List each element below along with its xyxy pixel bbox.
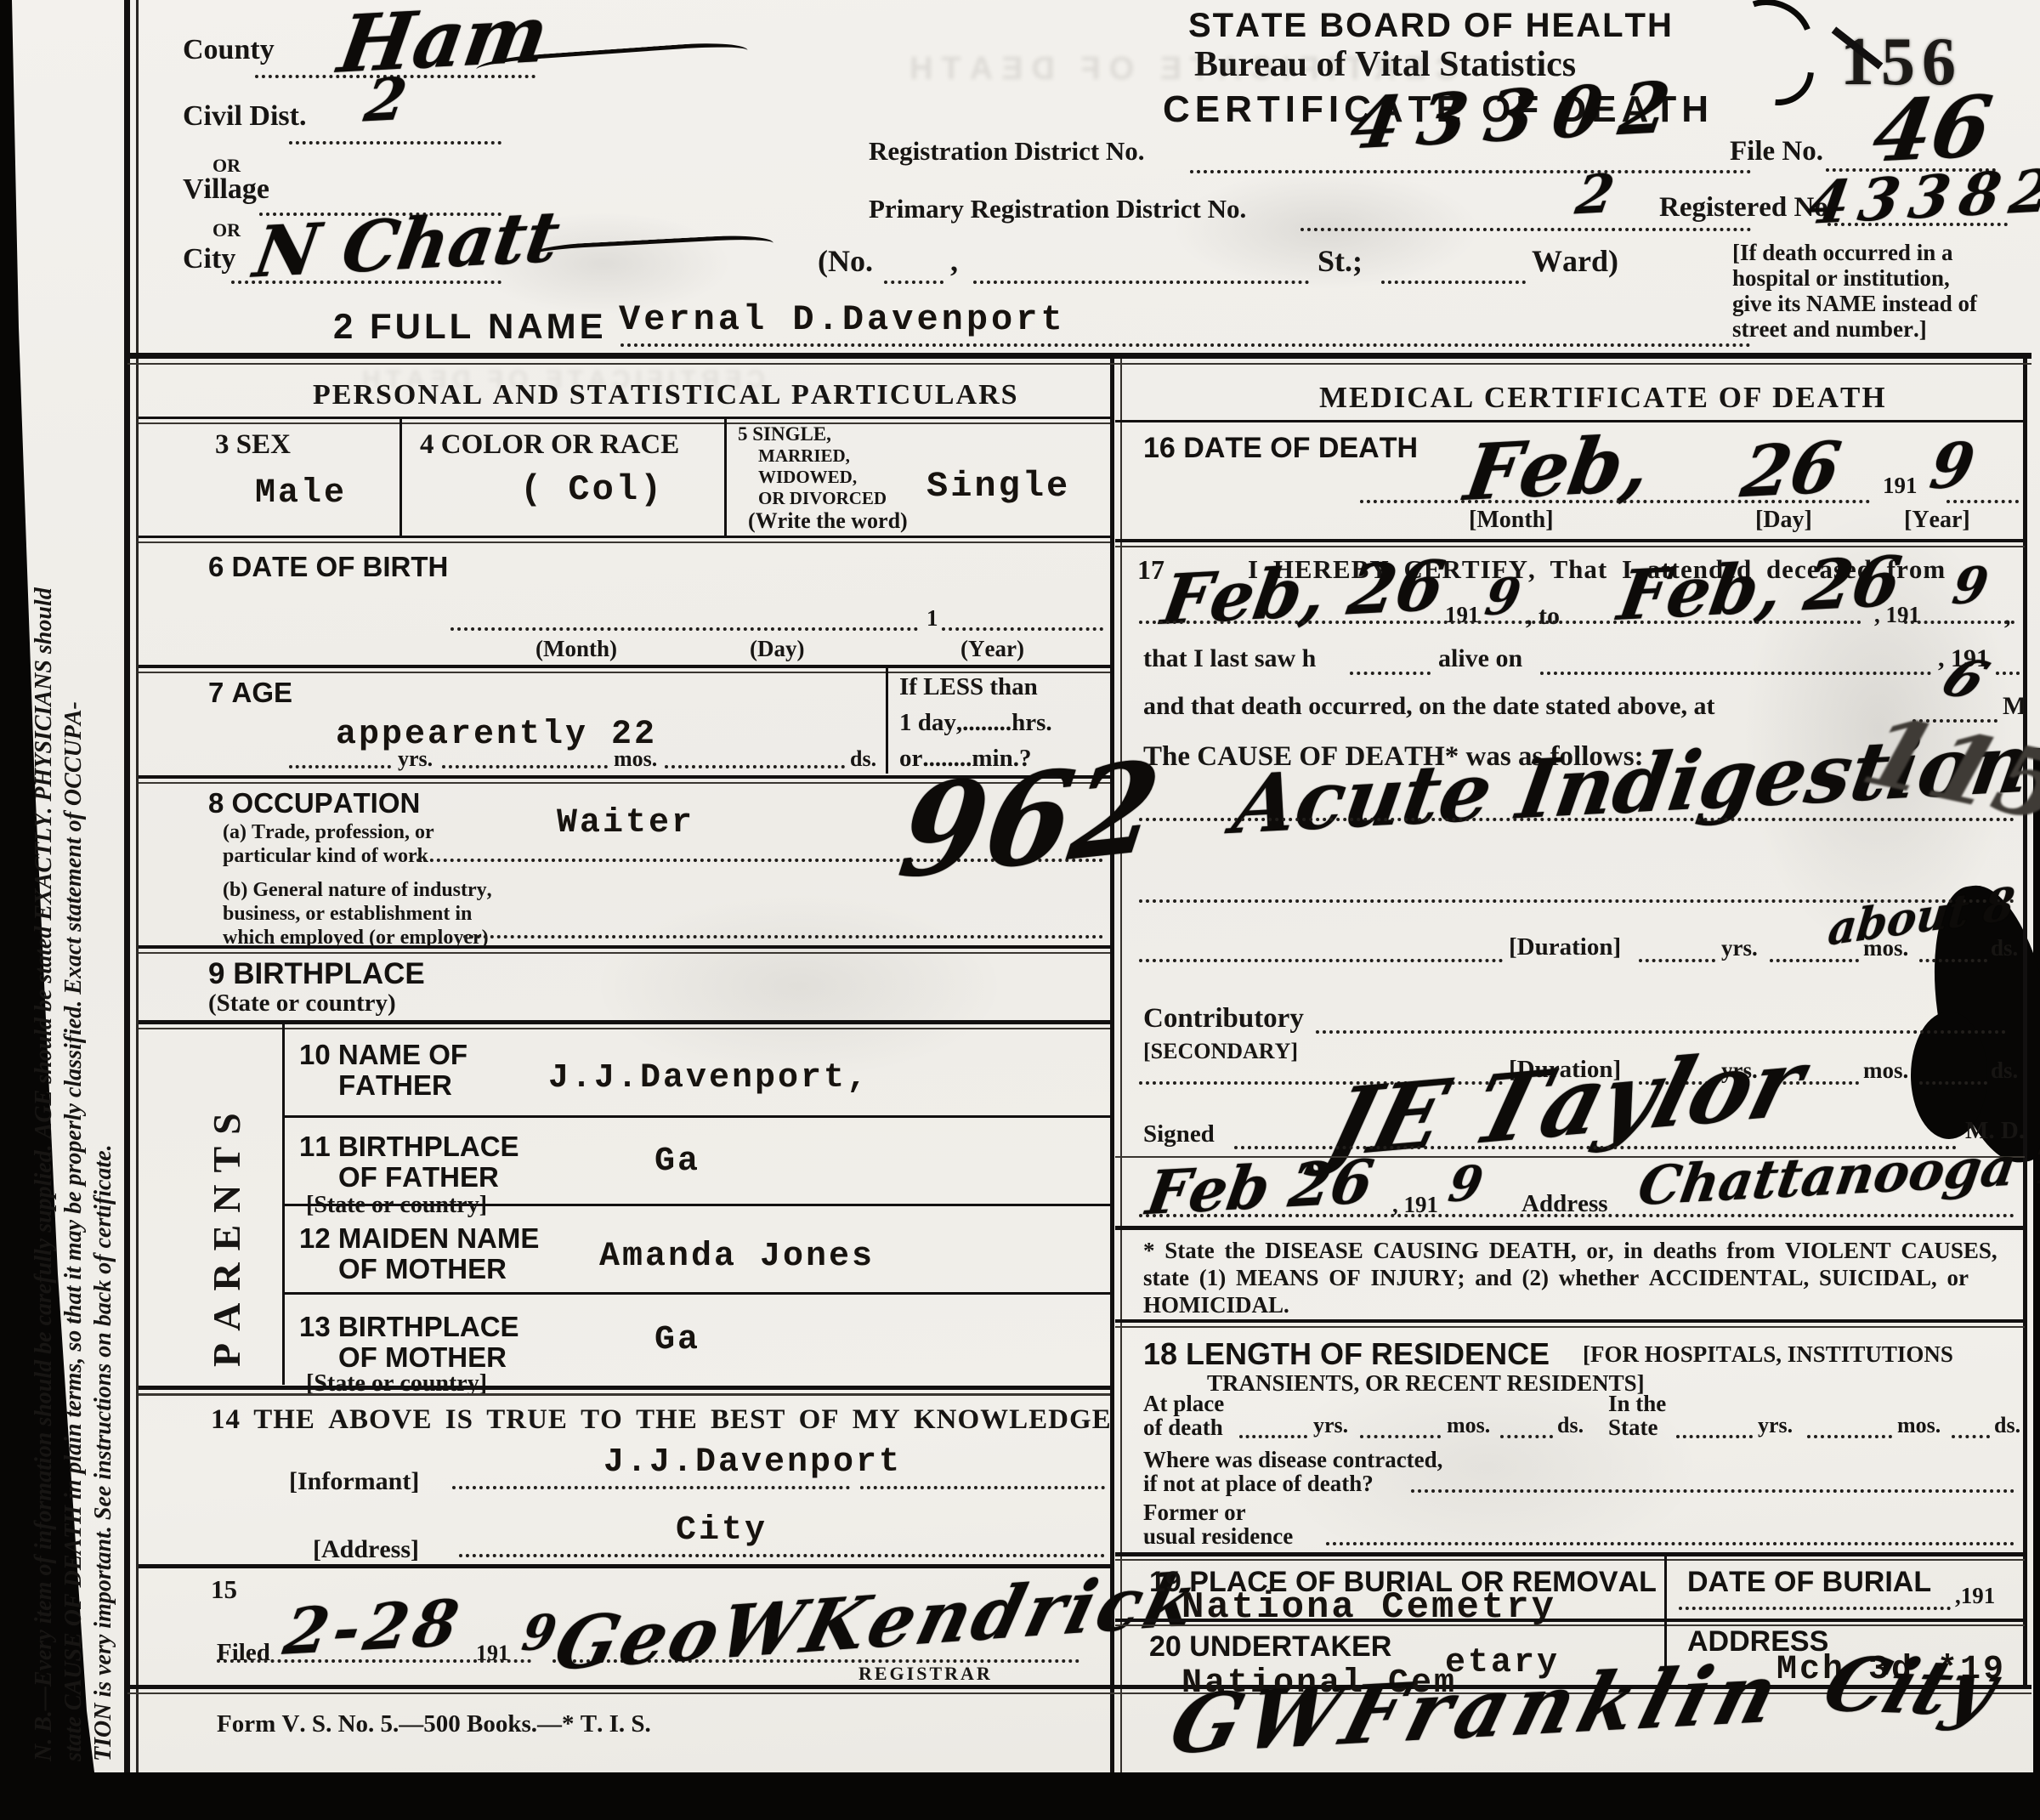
- occupation-typed: Waiter: [557, 804, 694, 842]
- dotted-line: [463, 935, 1103, 938]
- margin-note-line: N. B.—Every item of information should b…: [29, 48, 59, 1761]
- marital-label: 5 SINGLE,: [738, 423, 831, 445]
- rule: [1115, 1326, 2025, 1328]
- occupation-b-label: business, or establishment in: [223, 903, 472, 926]
- right-section-title: MEDICAL CERTIFICATE OF DEATH: [1319, 381, 1887, 415]
- informant-label: [Informant]: [289, 1467, 419, 1496]
- dotted-line: [1904, 621, 2014, 624]
- undertaker-address-handwritten: City: [1813, 1640, 2008, 1733]
- full-name-label: 2 FULL NAME: [333, 306, 607, 347]
- comma-label: ,: [950, 243, 958, 279]
- rule: [139, 1393, 1110, 1396]
- former-residence-label: usual residence: [1143, 1523, 1293, 1550]
- rule: [127, 353, 2031, 359]
- village-label: Village: [183, 173, 269, 206]
- mother-name-typed: Amanda Jones: [599, 1238, 875, 1276]
- dotted-line: [665, 765, 845, 768]
- dotted-line: [1239, 1435, 1307, 1438]
- age-mos-label: mos.: [614, 746, 657, 772]
- rule: [139, 536, 1110, 538]
- pen-flourish: [527, 233, 774, 265]
- former-residence-label: Former or: [1143, 1500, 1246, 1526]
- duration-yrs: yrs.: [1721, 935, 1758, 961]
- dotted-line: [1996, 672, 2020, 675]
- age-less-text: If LESS than: [899, 673, 1038, 701]
- in-the-state-label: In the: [1608, 1391, 1666, 1417]
- dotted-line: [1360, 1435, 1441, 1438]
- dotted-line: [1139, 818, 2014, 821]
- contracted-label: if not at place of death?: [1143, 1471, 1374, 1497]
- certify-to-year-handwritten: 9: [1949, 556, 1992, 616]
- dotted-line: [1679, 1607, 1951, 1610]
- dotted-line: [1190, 170, 1751, 173]
- dob-day-bracket: (Day): [750, 636, 804, 662]
- dotted-line: [1139, 1214, 2014, 1217]
- dotted-line: [1770, 959, 1859, 962]
- footnote-text: * State the DISEASE CAUSING DEATH, or, i…: [1143, 1238, 1997, 1264]
- rule: [139, 1564, 1110, 1568]
- death-year-handwritten: 9: [1925, 428, 1980, 502]
- race-typed: ( Col): [520, 469, 664, 510]
- truth-statement: 14 THE ABOVE IS TRUE TO THE BEST OF MY K…: [211, 1404, 1112, 1436]
- residence-ds: ds.: [1557, 1413, 1584, 1438]
- dotted-line: [459, 1554, 1105, 1557]
- occupation-b-label: (b) General nature of industry,: [223, 879, 492, 902]
- informant-address-label: [Address]: [313, 1535, 419, 1564]
- dotted-line: [620, 343, 1751, 347]
- year-bracket: [Year]: [1904, 507, 1970, 534]
- age-less-text: 1 day,........hrs.: [899, 709, 1052, 737]
- age-ds-label: ds.: [850, 746, 876, 772]
- alive-on-text: alive on: [1438, 644, 1522, 673]
- father-birthplace-label: OF FATHER: [338, 1161, 499, 1193]
- footnote-text: state (1) MEANS OF INJURY; and (2) wheth…: [1143, 1265, 1969, 1291]
- dotted-line: [1919, 1081, 1987, 1085]
- or-label: OR: [212, 219, 241, 241]
- st-label: St.;: [1317, 243, 1363, 279]
- rule: [285, 1292, 1110, 1295]
- father-name-typed: J.J.Davenport,: [548, 1059, 870, 1097]
- date-of-death-label: 16 DATE OF DEATH: [1143, 432, 1418, 465]
- race-label: 4 COLOR OR RACE: [420, 429, 679, 461]
- hospital-note: [If death occurred in a: [1732, 240, 1952, 266]
- ward-label: Ward): [1532, 243, 1618, 279]
- age-label: 7 AGE: [208, 677, 292, 709]
- city-handwritten: N Chatt: [249, 196, 565, 294]
- at-place-label: of death: [1143, 1415, 1223, 1441]
- at-place-label: At place: [1143, 1391, 1224, 1417]
- hospital-note: hospital or institution,: [1732, 265, 1950, 292]
- scan-edge-right: [2033, 748, 2040, 1772]
- burial-year-printed: ,191: [1955, 1583, 1995, 1609]
- dotted-line: [1139, 959, 1503, 962]
- dotted-line: [1139, 621, 1861, 624]
- city-label: City: [183, 243, 235, 275]
- mother-birthplace-label: 13 BIRTHPLACE: [299, 1311, 519, 1343]
- filed-label: Filed: [217, 1639, 270, 1667]
- dotted-line: [1952, 1435, 1990, 1438]
- column-divider: [1110, 355, 1114, 1772]
- margin-note-line: TION is very important. See instructions…: [88, 48, 118, 1761]
- rule: [127, 363, 2031, 365]
- dotted-line: [289, 141, 501, 145]
- left-section-title: PERSONAL AND STATISTICAL PARTICULARS: [313, 379, 1019, 411]
- age-typed: appearently 22: [336, 716, 657, 754]
- rule: [139, 665, 1110, 668]
- state-yrs: yrs.: [1758, 1413, 1793, 1438]
- registration-district-handwritten: 43302: [1346, 65, 1694, 166]
- informant-address-typed: City: [676, 1511, 768, 1550]
- marital-label: MARRIED,: [758, 445, 850, 467]
- marital-label: WIDOWED,: [758, 467, 857, 488]
- age-yrs-label: yrs.: [398, 746, 433, 772]
- birthplace-sub-label: (State or country): [208, 989, 396, 1018]
- certify-end-comma: ,: [2004, 602, 2011, 631]
- dob-month-bracket: (Month): [535, 636, 617, 662]
- footnote-text: HOMICIDAL.: [1143, 1292, 1289, 1318]
- dotted-line: [1946, 500, 2019, 503]
- mother-birthplace-typed: Ga: [654, 1321, 700, 1359]
- cell-divider: [724, 418, 727, 537]
- secondary-label: [SECONDARY]: [1143, 1039, 1298, 1064]
- mother-name-label: OF MOTHER: [338, 1253, 507, 1285]
- dotted-line: [1639, 959, 1715, 962]
- residence-yrs: yrs.: [1313, 1413, 1348, 1438]
- contributory-label: Contributory: [1143, 1003, 1304, 1035]
- certify-to-year-printed: , 191: [1874, 602, 1920, 628]
- dotted-line: [942, 627, 1103, 631]
- dob-year-bracket: (Year): [960, 636, 1024, 662]
- registered-no-handwritten: 43382: [1804, 156, 2040, 238]
- sex-typed: Male: [255, 474, 347, 513]
- rule: [1115, 1226, 2025, 1230]
- burial-place-typed: Nationa Cemetry: [1181, 1586, 1556, 1629]
- state-ds: ds.: [1994, 1413, 2020, 1438]
- filed-year-handwritten: 9: [518, 1604, 560, 1663]
- mother-name-label: 12 MAIDEN NAME: [299, 1222, 539, 1255]
- occupation-label: 8 OCCUPATION: [208, 787, 420, 819]
- occupation-a-label: particular kind of work: [223, 845, 428, 868]
- rule: [285, 1115, 1110, 1118]
- dotted-line: [860, 1486, 1105, 1489]
- dotted-line: [1381, 281, 1526, 284]
- occupation-a-label: (a) Trade, profession, or: [223, 821, 434, 844]
- registrar-label: REGISTRAR: [858, 1663, 993, 1685]
- death-month-handwritten: Feb,: [1459, 418, 1657, 519]
- death-occurred-text: and that death occurred, on the date sta…: [1143, 692, 1714, 721]
- rule: [139, 1386, 1110, 1390]
- father-name-label: 10 NAME OF: [299, 1039, 467, 1071]
- state-mos: mos.: [1897, 1413, 1941, 1438]
- parents-label-text: PARENTS: [205, 1101, 248, 1367]
- dotted-line: [1411, 1489, 2014, 1493]
- rule: [1115, 1319, 2025, 1323]
- rule: [139, 422, 1110, 424]
- dotted-line: [1300, 228, 1751, 231]
- certify-from-year-printed: 191: [1445, 602, 1480, 628]
- rule: [139, 541, 1110, 543]
- dotted-line: [1807, 1435, 1892, 1438]
- father-birthplace-label: 11 BIRTHPLACE: [299, 1131, 519, 1163]
- residence-sub-label: TRANSIENTS, OR RECENT RESIDENTS]: [1207, 1370, 1645, 1397]
- day-bracket: [Day]: [1755, 507, 1812, 534]
- dotted-line: [442, 765, 608, 768]
- dotted-line: [1919, 959, 1987, 962]
- residence-sub-label: [FOR HOSPITALS, INSTITUTIONS: [1583, 1341, 1953, 1368]
- item17-label: 17: [1137, 554, 1164, 586]
- dotted-line: [1326, 1542, 2014, 1545]
- last-saw-text: that I last saw h: [1143, 644, 1316, 673]
- death-year-printed: 191: [1883, 473, 1918, 499]
- rule: [1115, 1619, 2025, 1622]
- duration2-mos: mos.: [1863, 1057, 1908, 1084]
- death-certificate-scan: CERTIFICATE OF DEATH CERTIFICATE OF DEAT…: [0, 0, 2040, 1820]
- month-bracket: [Month]: [1469, 507, 1554, 534]
- form-border: [2023, 355, 2027, 1687]
- dotted-line: [884, 281, 943, 284]
- form-footer: Form V. S. No. 5.—500 Books.—* T. I. S.: [217, 1710, 651, 1738]
- dotted-line: [1676, 1435, 1753, 1438]
- rule: [139, 952, 1110, 954]
- rule: [139, 417, 1110, 419]
- undertaker-label: 20 UNDERTAKER: [1149, 1630, 1391, 1664]
- residence-mos: mos.: [1447, 1413, 1490, 1438]
- marital-label: (Write the word): [748, 508, 908, 534]
- full-name-typed: Vernal D.Davenport: [619, 299, 1066, 340]
- informant-typed: J.J.Davenport: [603, 1443, 902, 1482]
- duration2-ds: ds.: [1991, 1057, 2018, 1084]
- rule: [1115, 1624, 2025, 1626]
- dotted-line: [452, 1486, 850, 1489]
- marital-typed: Single: [926, 466, 1070, 507]
- burial-date-label: DATE OF BURIAL: [1687, 1566, 1931, 1599]
- duration-ds: ds.: [1991, 935, 2018, 961]
- dotted-line: [1500, 1435, 1553, 1438]
- dotted-line: [289, 765, 391, 768]
- scan-edge-bottom: [0, 1772, 2040, 1820]
- civil-dist-label: Civil Dist.: [183, 100, 306, 133]
- rule: [1115, 1559, 2025, 1561]
- item15-label: 15: [211, 1574, 237, 1605]
- hospital-note: give its NAME instead of: [1732, 291, 1977, 317]
- marital-label: OR DIVORCED: [758, 488, 887, 509]
- occupation-scrawl: 962: [892, 733, 1168, 907]
- hospital-note: street and number.]: [1732, 316, 1927, 343]
- primary-registration-label: Primary Registration District No.: [869, 194, 1246, 224]
- cell-divider: [1664, 1552, 1667, 1619]
- filed-date-handwritten: 2-28: [279, 1586, 468, 1670]
- in-the-state-label: State: [1608, 1415, 1657, 1441]
- county-handwritten: Ham: [333, 0, 555, 91]
- dob-year-prefix: 1: [926, 605, 938, 632]
- dotted-line: [1316, 1030, 2006, 1034]
- dotted-line: [450, 627, 918, 631]
- rule: [285, 1204, 1110, 1206]
- dotted-line: [1350, 672, 1431, 675]
- margin-note-line: state CAUSE OF DEATH in plain terms, so …: [59, 48, 88, 1761]
- father-name-label: FATHER: [338, 1069, 452, 1102]
- parents-vertical-label: PARENTS: [204, 1101, 249, 1367]
- dob-label: 6 DATE OF BIRTH: [208, 551, 448, 583]
- certify-to-label: , to: [1526, 602, 1560, 631]
- form-border: [136, 0, 139, 1772]
- dotted-line: [1360, 500, 1870, 503]
- form-border: [124, 0, 130, 1772]
- rule: [1115, 1552, 2025, 1556]
- dotted-line: [217, 1659, 531, 1663]
- margin-note: N. B.—Every item of information should b…: [29, 48, 118, 1761]
- signed-label: Signed: [1143, 1120, 1215, 1148]
- county-label: County: [183, 34, 275, 66]
- file-no-label: File No.: [1730, 136, 1823, 167]
- dotted-line: [1540, 672, 1931, 675]
- contracted-label: Where was disease contracted,: [1143, 1447, 1442, 1473]
- smudge: [595, 893, 1003, 1080]
- birthplace-label: 9 BIRTHPLACE: [208, 957, 425, 991]
- registration-district-label: Registration District No.: [869, 136, 1145, 167]
- certify-from-handwritten: Feb, 26: [1157, 545, 1450, 640]
- sex-label: 3 SEX: [215, 429, 291, 461]
- no-label: (No.: [818, 243, 873, 279]
- board-title: STATE BOARD OF HEALTH: [1188, 7, 1674, 45]
- father-birthplace-typed: Ga: [654, 1142, 700, 1181]
- cell-divider: [399, 418, 402, 537]
- cell-divider: [886, 668, 888, 774]
- residence-label: 18 LENGTH OF RESIDENCE: [1143, 1336, 1550, 1372]
- mother-birthplace-label: OF MOTHER: [338, 1341, 507, 1374]
- dotted-line: [973, 281, 1309, 284]
- duration-bracket: [Duration]: [1509, 933, 1621, 961]
- rule: [139, 945, 1110, 949]
